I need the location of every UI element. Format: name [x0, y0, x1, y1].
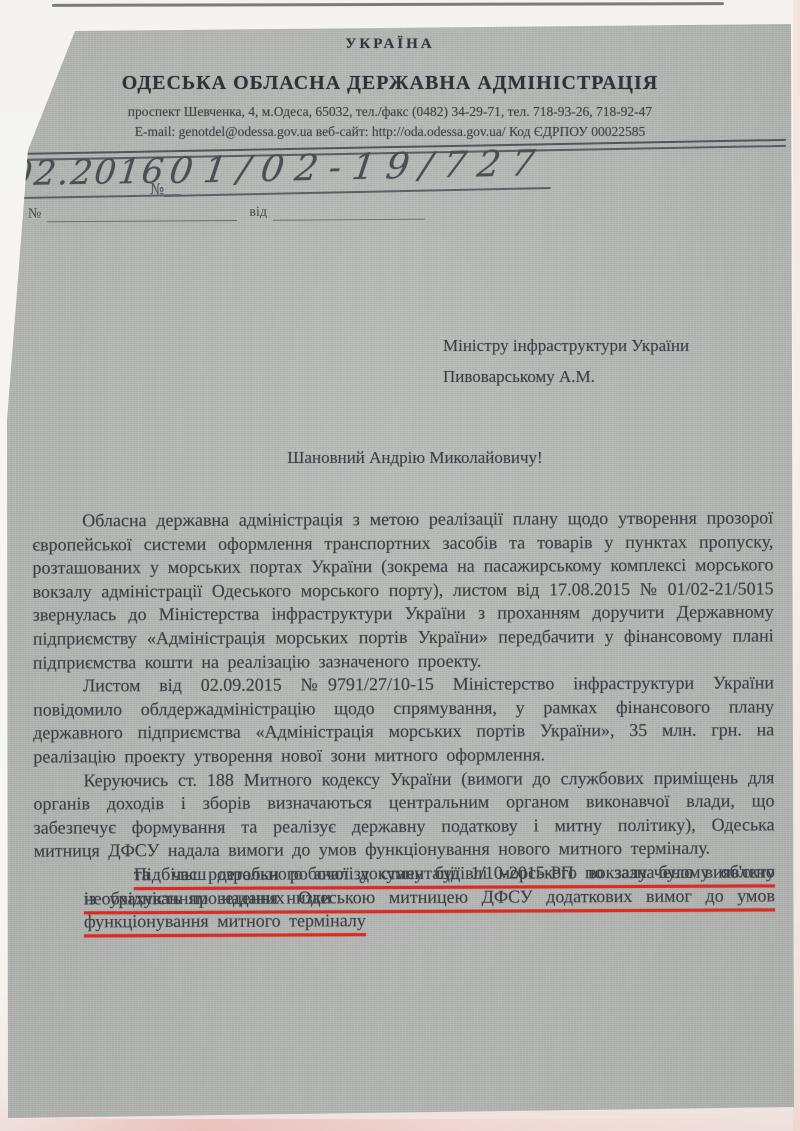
reference-form-line: №від	[28, 201, 728, 223]
letterhead-country: УКРАЇНА	[10, 36, 770, 53]
form-number-blank	[47, 204, 237, 222]
addressee-block: Міністру інфраструктури України Пивоварс…	[443, 330, 689, 392]
scan-bed-pink-strip	[0, 1119, 800, 1131]
scanner-edge-shadow	[52, 2, 724, 7]
addressee-name: Пивоварському А.М.	[443, 361, 689, 392]
scan-bed-right-edge	[793, 0, 800, 1131]
form-date-label: від	[249, 205, 267, 220]
paragraph-2: Листом від 02.09.2015 №9791/27/10-15 Мін…	[33, 672, 774, 770]
addressee-title: Міністру інфраструктури України	[443, 330, 689, 361]
paper-sheet: УКРАЇНА ОДЕСЬКА ОБЛАСНА ДЕРЖАВНА АДМІНІС…	[0, 0, 800, 1131]
paragraph-3: Керуючись ст. 188 Митного кодексу Україн…	[33, 766, 774, 864]
scan-artifact-mark	[70, 14, 216, 26]
paragraph-4-rest: та більш детального аналізу стану будівл…	[84, 860, 775, 910]
salutation: Шановний Андрію Миколайовичу!	[0, 448, 800, 468]
letterhead-contact: E-mail: genotdel@odessa.gov.ua веб-сайт:…	[10, 124, 770, 140]
form-date-blank	[273, 203, 425, 221]
letter-body: Обласна державна адміністрація з метою р…	[32, 506, 775, 863]
handwritten-reference-number: 01/02-19/727	[164, 143, 556, 197]
letterhead-address: проспект Шевченка, 4, м.Одеса, 65032, те…	[10, 104, 770, 120]
handwritten-number-sign: №	[150, 180, 164, 198]
paragraph-1: Обласна державна адміністрація з метою р…	[32, 506, 774, 674]
form-number-label: №	[28, 206, 41, 221]
letterhead-organization: ОДЕСЬКА ОБЛАСНА ДЕРЖАВНА АДМІНІСТРАЦІЯ	[10, 72, 770, 95]
scanned-letter-page: { "letterhead": { "country": "УКРАЇНА", …	[0, 0, 800, 1131]
